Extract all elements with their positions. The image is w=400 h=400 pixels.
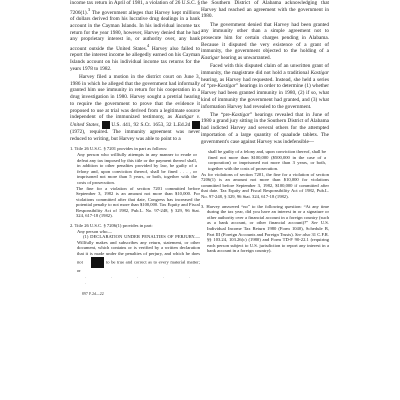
case-citation: Kastigar xyxy=(232,112,250,118)
body-paragraph: The government denied that Harvey had be… xyxy=(201,22,329,62)
footnote-intro: Title 26 U.S.C. § 7206(1) provides in pa… xyxy=(75,223,153,228)
text: The “pre- xyxy=(210,112,232,118)
case-citation: Kastigar xyxy=(311,70,329,76)
case-citation: Kastigar xyxy=(218,83,236,89)
redaction-box xyxy=(102,121,110,129)
text: hearing as unwarranted. xyxy=(219,55,271,61)
footnote-2: 2. Title 26 U.S.C. § 7206(1) provides in… xyxy=(70,223,200,285)
signal-word: See also xyxy=(295,232,310,237)
body-paragraph: The “pre-Kastigar” hearings revealed tha… xyxy=(201,112,329,146)
footnote-1: 1. Title 26 U.S.C. § 7201 provides in pa… xyxy=(70,146,200,219)
footnote-text: The fine for a violation of section 7201… xyxy=(70,186,200,220)
right-column: the Southern District of Alabama acknowl… xyxy=(201,0,329,254)
redaction-box xyxy=(91,257,104,268)
body-paragraph: income tax return in April of 1981, a vi… xyxy=(70,0,200,73)
footnote-text: As for violations of section 7201, the f… xyxy=(201,172,329,200)
ellipsis: . . . . . . xyxy=(70,274,200,285)
body-paragraph: Harvey filed a motion in the district co… xyxy=(70,74,200,142)
footnote-number: 2. xyxy=(70,223,73,228)
redaction-box xyxy=(192,121,200,129)
body-paragraph: the Southern District of Alabama acknowl… xyxy=(201,0,329,20)
footnote-quote: Any person who willfully attempts in any… xyxy=(70,152,200,186)
footnote-number: 3. xyxy=(201,204,204,209)
footnote-number: 1. xyxy=(70,146,73,151)
text: (1972), required. The immunity agreement… xyxy=(70,129,200,142)
footnote-intro: Title 26 U.S.C. § 7201 provides in part … xyxy=(75,146,168,151)
footnote-3: 3. Harvey answered “no” to the following… xyxy=(201,204,329,254)
text: The government denied that Harvey had be… xyxy=(201,22,329,55)
body-paragraph: Faced with this disputed claim of an unw… xyxy=(201,63,329,110)
text: U.S. 441, 92 S.Ct. 1653, 32 L.Ed.2d xyxy=(110,122,192,128)
footnote-1-continued: shall be guilty of a felony and, upon co… xyxy=(201,149,329,199)
footnote-quote: shall be guilty of a felony and, upon co… xyxy=(201,149,329,171)
left-column: income tax return in April of 1981, a vi… xyxy=(70,0,200,298)
page-identifier: 897 F.2d—22 xyxy=(70,291,200,298)
case-citation: Kastigar xyxy=(201,55,219,61)
